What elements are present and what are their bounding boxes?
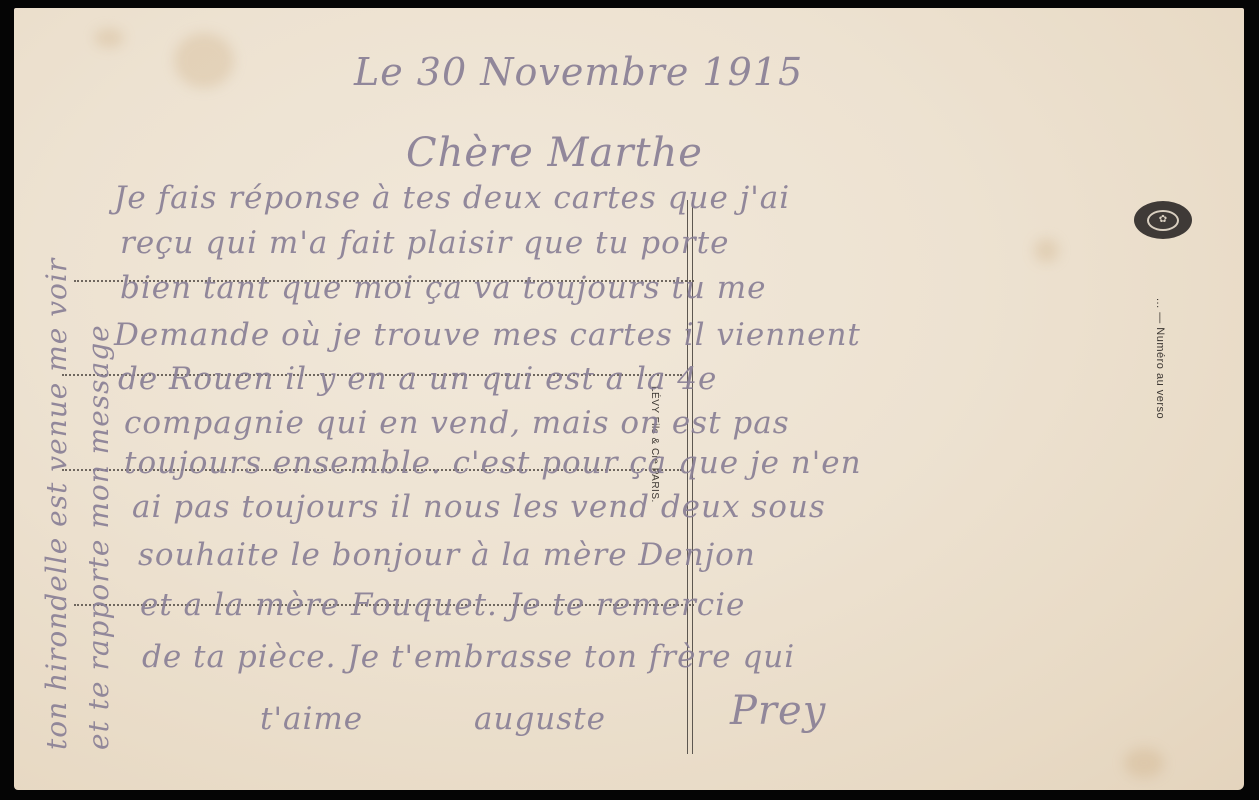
paper-stain xyxy=(174,33,234,88)
publisher-logo-icon: ✿ xyxy=(1134,201,1192,239)
side-imprint: ... — Numéro au verso xyxy=(1154,298,1166,419)
letter-line: Je fais réponse à tes deux cartes que j'… xyxy=(114,183,790,214)
letter-line: t'aime xyxy=(260,704,363,735)
letter-line: toujours ensemble. c'est pour ça que je … xyxy=(124,448,862,479)
letter-line: compagnie qui en vend, mais on est pas xyxy=(124,408,790,439)
margin-note-line-1: ton hirondelle est venue me voir xyxy=(40,258,73,750)
letter-line: souhaite le bonjour à la mère Denjon xyxy=(138,540,756,571)
paper-stain xyxy=(1034,238,1059,263)
letter-salutation: Chère Marthe xyxy=(406,130,703,176)
postcard: LÉVY Fils & Cie PARIS. ... — Numéro au v… xyxy=(14,8,1244,790)
letter-line: reçu qui m'a fait plaisir que tu porte xyxy=(120,228,729,259)
paper-stain xyxy=(94,28,124,48)
letter-date: Le 30 Novembre 1915 xyxy=(354,50,803,94)
signature-first-name: auguste xyxy=(474,704,606,735)
margin-note-line-2: et te rapporte mon message xyxy=(82,324,115,750)
letter-line: Demande où je trouve mes cartes il vienn… xyxy=(114,320,861,351)
monogram-icon: ✿ xyxy=(1147,210,1179,231)
letter-line: ai pas toujours il nous les vend deux so… xyxy=(132,492,826,523)
letter-line: de ta pièce. Je t'embrasse ton frère qui xyxy=(142,642,795,673)
letter-line: bien tant que moi ça va toujours tu me xyxy=(120,273,766,304)
signature-last-name: Prey xyxy=(730,688,826,734)
paper-stain xyxy=(1124,748,1164,778)
letter-line: et a la mère Fouquet. Je te remercie xyxy=(140,590,745,621)
letter-line: de Rouen il y en a un qui est a la 4e xyxy=(118,364,717,395)
